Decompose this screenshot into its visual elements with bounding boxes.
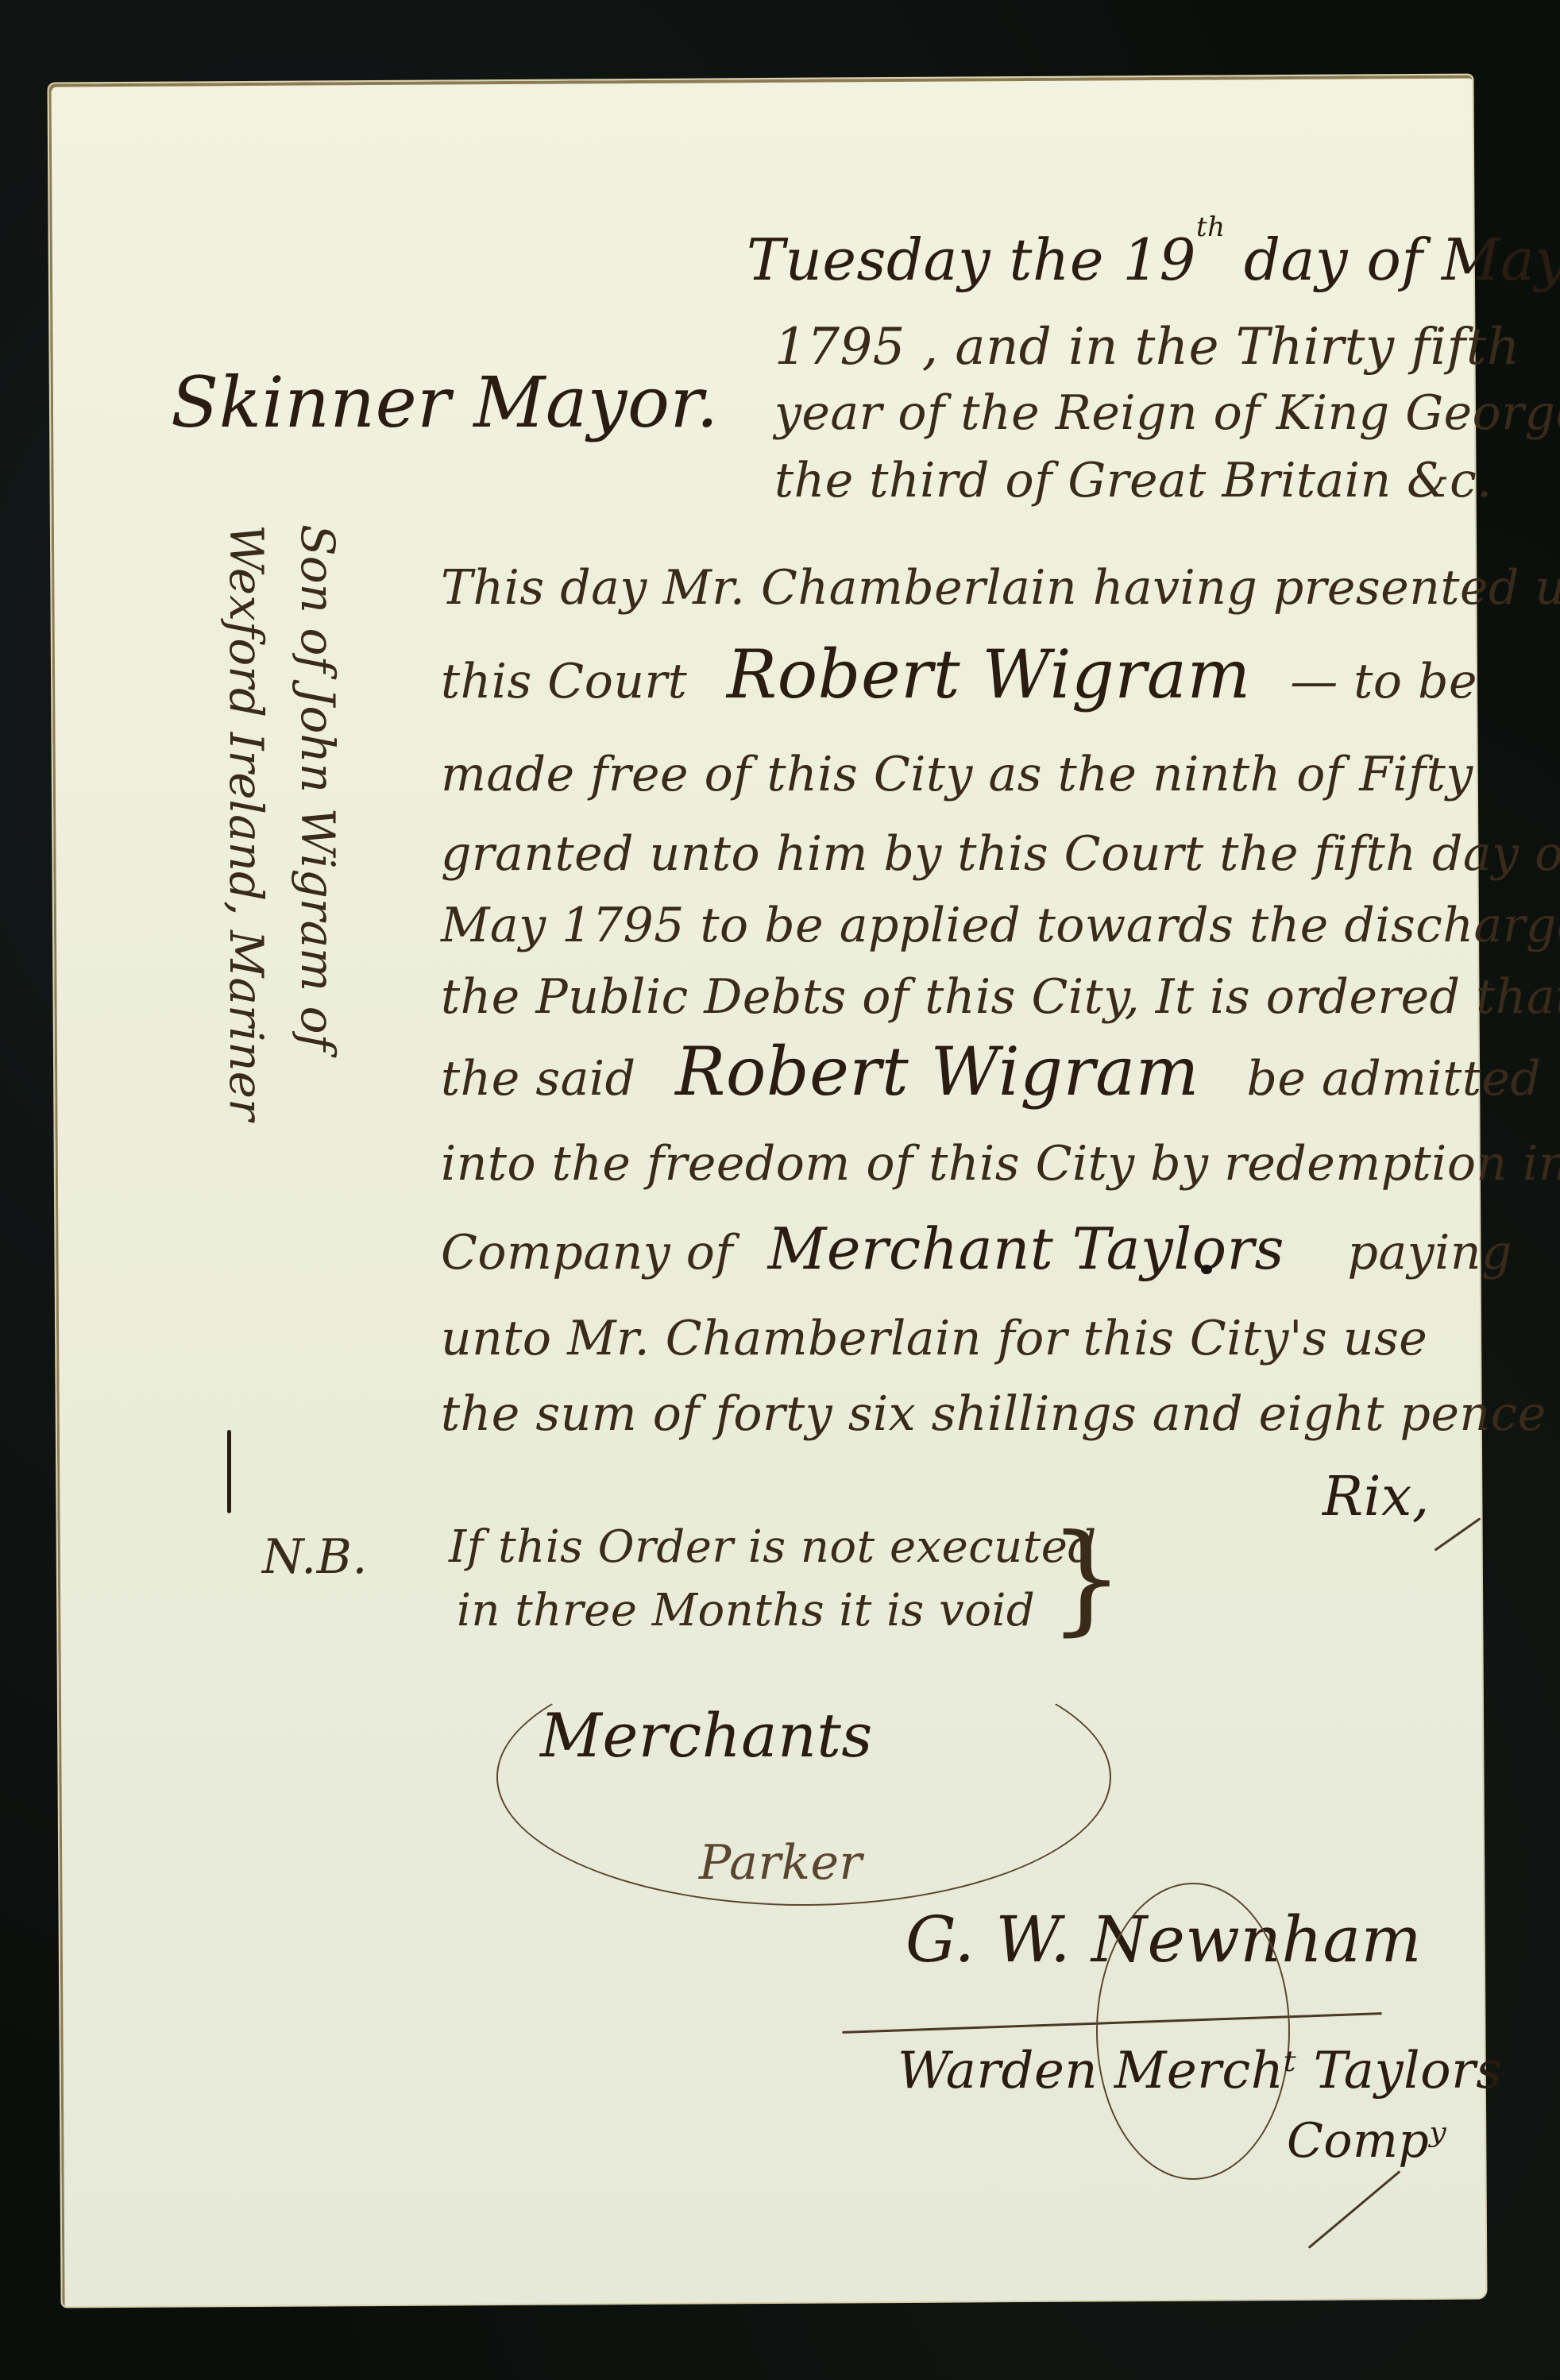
to-be-text: — to be <box>1290 654 1477 709</box>
body-line-6: the Public Debts of this City, It is ord… <box>441 969 1560 1025</box>
date-line-1: Tuesday the 19th day of May <box>747 226 1560 293</box>
body-line-2-text: this Court <box>441 654 687 709</box>
date-weekday-day: Tuesday the 19 <box>747 226 1196 293</box>
nb-bracket: } <box>1048 1509 1124 1648</box>
clerk-signature-rix: Rix, <box>1323 1466 1430 1528</box>
company-of-text: Company of <box>441 1225 733 1281</box>
body-line-7: the said Robert Wigram be admitted <box>441 1033 1541 1111</box>
name-robert-wigram-2: Robert Wigram <box>675 1033 1199 1111</box>
mayor-name: Skinner Mayor. <box>171 361 719 443</box>
margin-note: Son of John Wigram of Wexford Ireland, M… <box>210 524 353 1121</box>
margin-note-line-2: Wexford Ireland, Mariner <box>210 524 282 1121</box>
date-line-3: year of the Reign of King George <box>774 385 1560 441</box>
paying-text: paying <box>1348 1225 1512 1281</box>
margin-note-line-1: Son of John Wigram of <box>282 524 353 1121</box>
date-line-2: 1795 , and in the Thirty fifth <box>774 318 1520 377</box>
warden-title-company: Compʸ <box>1287 2113 1446 2169</box>
nb-line-2: in three Months it is void <box>457 1585 1035 1636</box>
ink-blot <box>1201 1265 1212 1274</box>
nb-label: N.B. <box>262 1529 368 1585</box>
date-line-4: the third of Great Britain &c. <box>774 453 1492 508</box>
body-line-1: This day Mr. Chamberlain having presente… <box>441 560 1560 616</box>
body-line-9: Company of Merchant Taylors paying <box>441 1215 1512 1282</box>
body-line-4: granted unto him by this Court the fifth… <box>441 826 1560 882</box>
date-month: day of May <box>1244 226 1560 293</box>
body-line-10: unto Mr. Chamberlain for this City's use <box>441 1311 1427 1366</box>
body-line-11: the sum of forty six shillings and eight… <box>441 1386 1546 1442</box>
nb-line-1: If this Order is not executed <box>449 1521 1097 1573</box>
merchants-word: Merchants <box>540 1700 873 1771</box>
signature-loop <box>1096 1883 1290 2180</box>
parker-word: Parker <box>699 1835 863 1891</box>
name-robert-wigram-1: Robert Wigram <box>727 636 1251 713</box>
body-line-5: May 1795 to be applied towards the disch… <box>441 898 1560 953</box>
the-said-text: the said <box>441 1051 636 1107</box>
be-admitted-text: be admitted <box>1246 1051 1541 1107</box>
warden-title: Warden Merchᵗ Taylors <box>898 2042 1503 2100</box>
body-line-2: this Court Robert Wigram — to be <box>441 636 1477 713</box>
date-ordinal: th <box>1196 211 1226 243</box>
body-line-3: made free of this City as the ninth of F… <box>441 747 1473 802</box>
body-line-8: into the freedom of this City by redempt… <box>441 1136 1560 1192</box>
margin-dash-mark <box>227 1430 231 1513</box>
